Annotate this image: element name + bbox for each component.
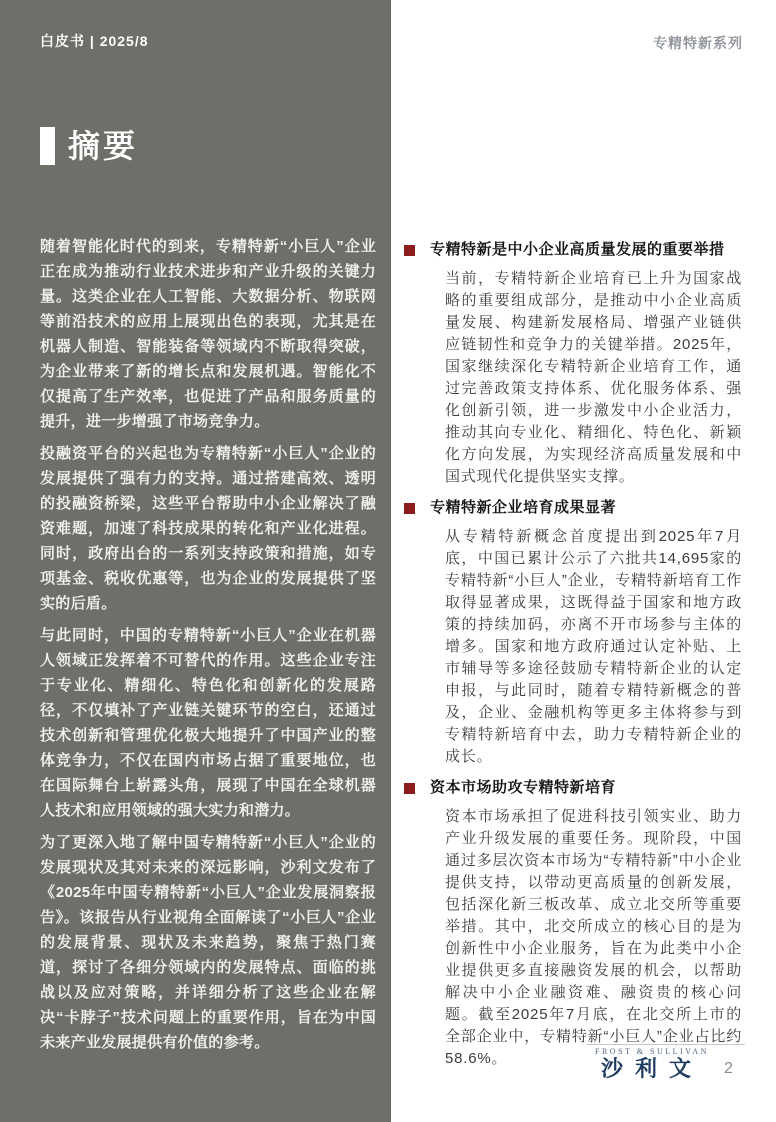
section-2: 专精特新企业培育成果显著 从专精特新概念首度提出到2025年7月底，中国已累计公… [404, 498, 744, 768]
title-accent-bar [40, 127, 55, 165]
frost-sullivan-logo: FROST & SULLIVAN 沙利文 [587, 1048, 717, 1080]
series-label: 专精特新系列 [653, 33, 743, 53]
section-1-heading: 专精特新是中小企业高质量发展的重要举措 [430, 240, 725, 260]
section-1-header: 专精特新是中小企业高质量发展的重要举措 [404, 240, 744, 260]
bullet-square-icon [404, 503, 415, 514]
doc-type-label: 白皮书 | 2025/8 [40, 31, 149, 51]
summary-paragraphs: 随着智能化时代的到来，专精特新“小巨人”企业正在成为推动行业技术进步和产业升级的… [40, 234, 376, 1062]
section-2-body: 从专精特新概念首度提出到2025年7月底，中国已累计公示了六批共14,695家的… [445, 526, 742, 768]
section-3: 资本市场助攻专精特新培育 资本市场承担了促进科技引领实业、助力产业升级发展的重要… [404, 778, 744, 1070]
summary-paragraph-1: 随着智能化时代的到来，专精特新“小巨人”企业正在成为推动行业技术进步和产业升级的… [40, 234, 376, 434]
footer-divider [587, 1044, 745, 1045]
bullet-square-icon [404, 783, 415, 794]
key-points: 专精特新是中小企业高质量发展的重要举措 当前，专精特新企业培育已上升为国家战略的… [404, 240, 744, 1080]
section-3-header: 资本市场助攻专精特新培育 [404, 778, 744, 798]
section-3-heading: 资本市场助攻专精特新培育 [430, 778, 616, 798]
bullet-square-icon [404, 245, 415, 256]
section-2-heading: 专精特新企业培育成果显著 [430, 498, 616, 518]
frost-sullivan-wordmark: FROST & SULLIVAN [587, 1048, 717, 1056]
whitepaper-page: 白皮书 | 2025/8 摘要 随着智能化时代的到来，专精特新“小巨人”企业正在… [0, 0, 776, 1122]
page-number: 2 [724, 1060, 733, 1078]
section-1-body: 当前，专精特新企业培育已上升为国家战略的重要组成部分，是推动中小企业高质量发展、… [445, 268, 742, 488]
left-gray-panel: 白皮书 | 2025/8 摘要 随着智能化时代的到来，专精特新“小巨人”企业正在… [0, 0, 391, 1122]
page-title: 摘要 [68, 127, 138, 165]
section-3-body: 资本市场承担了促进科技引领实业、助力产业升级发展的重要任务。现阶段，中国通过多层… [445, 806, 742, 1070]
title-block: 摘要 [40, 127, 138, 165]
summary-paragraph-3: 与此同时，中国的专精特新“小巨人”企业在机器人领域正发挥着不可替代的作用。这些企… [40, 623, 376, 823]
summary-paragraph-4: 为了更深入地了解中国专精特新“小巨人”企业的发展现状及其对未来的深远影响，沙利文… [40, 830, 376, 1055]
shalivan-logo-text: 沙利文 [587, 1058, 717, 1080]
section-1: 专精特新是中小企业高质量发展的重要举措 当前，专精特新企业培育已上升为国家战略的… [404, 240, 744, 488]
section-2-header: 专精特新企业培育成果显著 [404, 498, 744, 518]
summary-paragraph-2: 投融资平台的兴起也为专精特新“小巨人”企业的发展提供了强有力的支持。通过搭建高效… [40, 441, 376, 616]
